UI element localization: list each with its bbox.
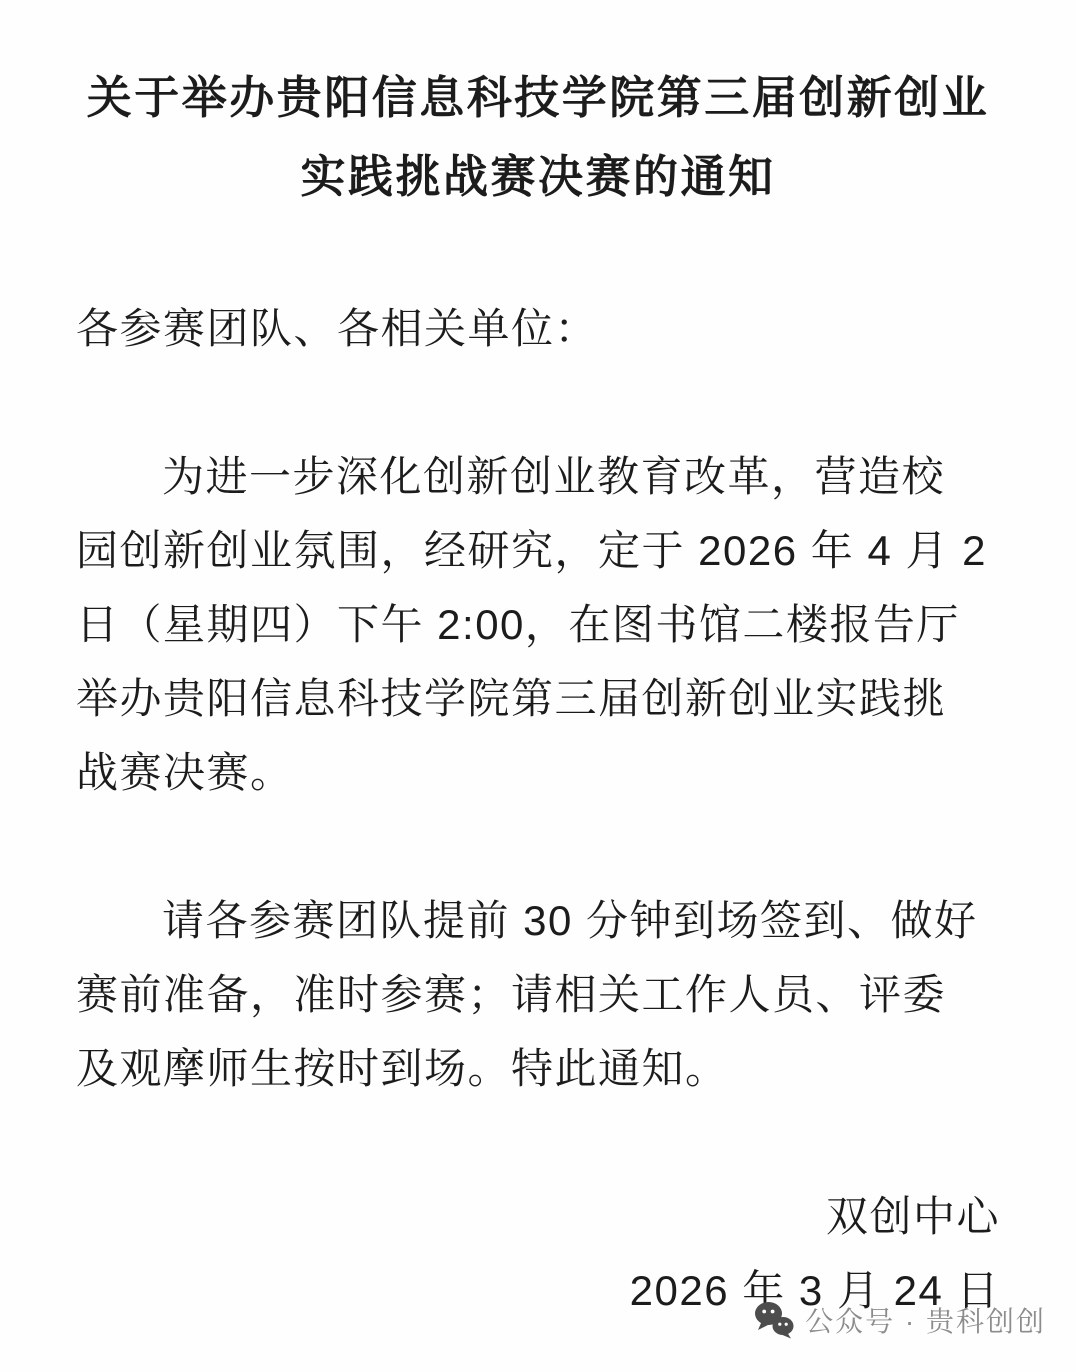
- notice-document: 关于举办贵阳信息科技学院第三届创新创业 实践挑战赛决赛的通知 各参赛团队、各相关…: [0, 0, 1076, 1372]
- title-line-2: 实践挑战赛决赛的通知: [0, 137, 1076, 216]
- paragraph-1-line-1: 为进一步深化创新创业教育改革，营造校: [76, 440, 1000, 514]
- paragraph-1-line-5: 战赛决赛。: [76, 736, 1000, 810]
- paragraph-2: 请各参赛团队提前 30 分钟到场签到、做好 赛前准备，准时参赛；请相关工作人员、…: [76, 884, 1000, 1106]
- salutation: 各参赛团队、各相关单位：: [76, 292, 1000, 366]
- signature-organization: 双创中心: [76, 1180, 1000, 1254]
- paragraph-1-line-2: 园创新创业氛围，经研究，定于 2026 年 4 月 2: [76, 514, 1000, 588]
- wechat-watermark: 公众号 · 贵科创创: [754, 1300, 1046, 1340]
- paragraph-1-line-3: 日（星期四）下午 2:00，在图书馆二楼报告厅: [76, 588, 1000, 662]
- watermark-label: 公众号 · 贵科创创: [805, 1300, 1046, 1340]
- paragraph-2-line-3: 及观摩师生按时到场。特此通知。: [76, 1032, 1000, 1106]
- notice-title: 关于举办贵阳信息科技学院第三届创新创业 实践挑战赛决赛的通知: [0, 0, 1076, 216]
- salutation-line: 各参赛团队、各相关单位：: [76, 292, 1000, 366]
- paragraph-1: 为进一步深化创新创业教育改革，营造校 园创新创业氛围，经研究，定于 2026 年…: [76, 440, 1000, 810]
- paragraph-2-line-1: 请各参赛团队提前 30 分钟到场签到、做好: [76, 884, 1000, 958]
- wechat-icon: [754, 1301, 796, 1339]
- title-line-1: 关于举办贵阳信息科技学院第三届创新创业: [0, 58, 1076, 137]
- paragraph-2-line-2: 赛前准备，准时参赛；请相关工作人员、评委: [76, 958, 1000, 1032]
- notice-body: 各参赛团队、各相关单位： 为进一步深化创新创业教育改革，营造校 园创新创业氛围，…: [0, 292, 1076, 1328]
- paragraph-1-line-4: 举办贵阳信息科技学院第三届创新创业实践挑: [76, 662, 1000, 736]
